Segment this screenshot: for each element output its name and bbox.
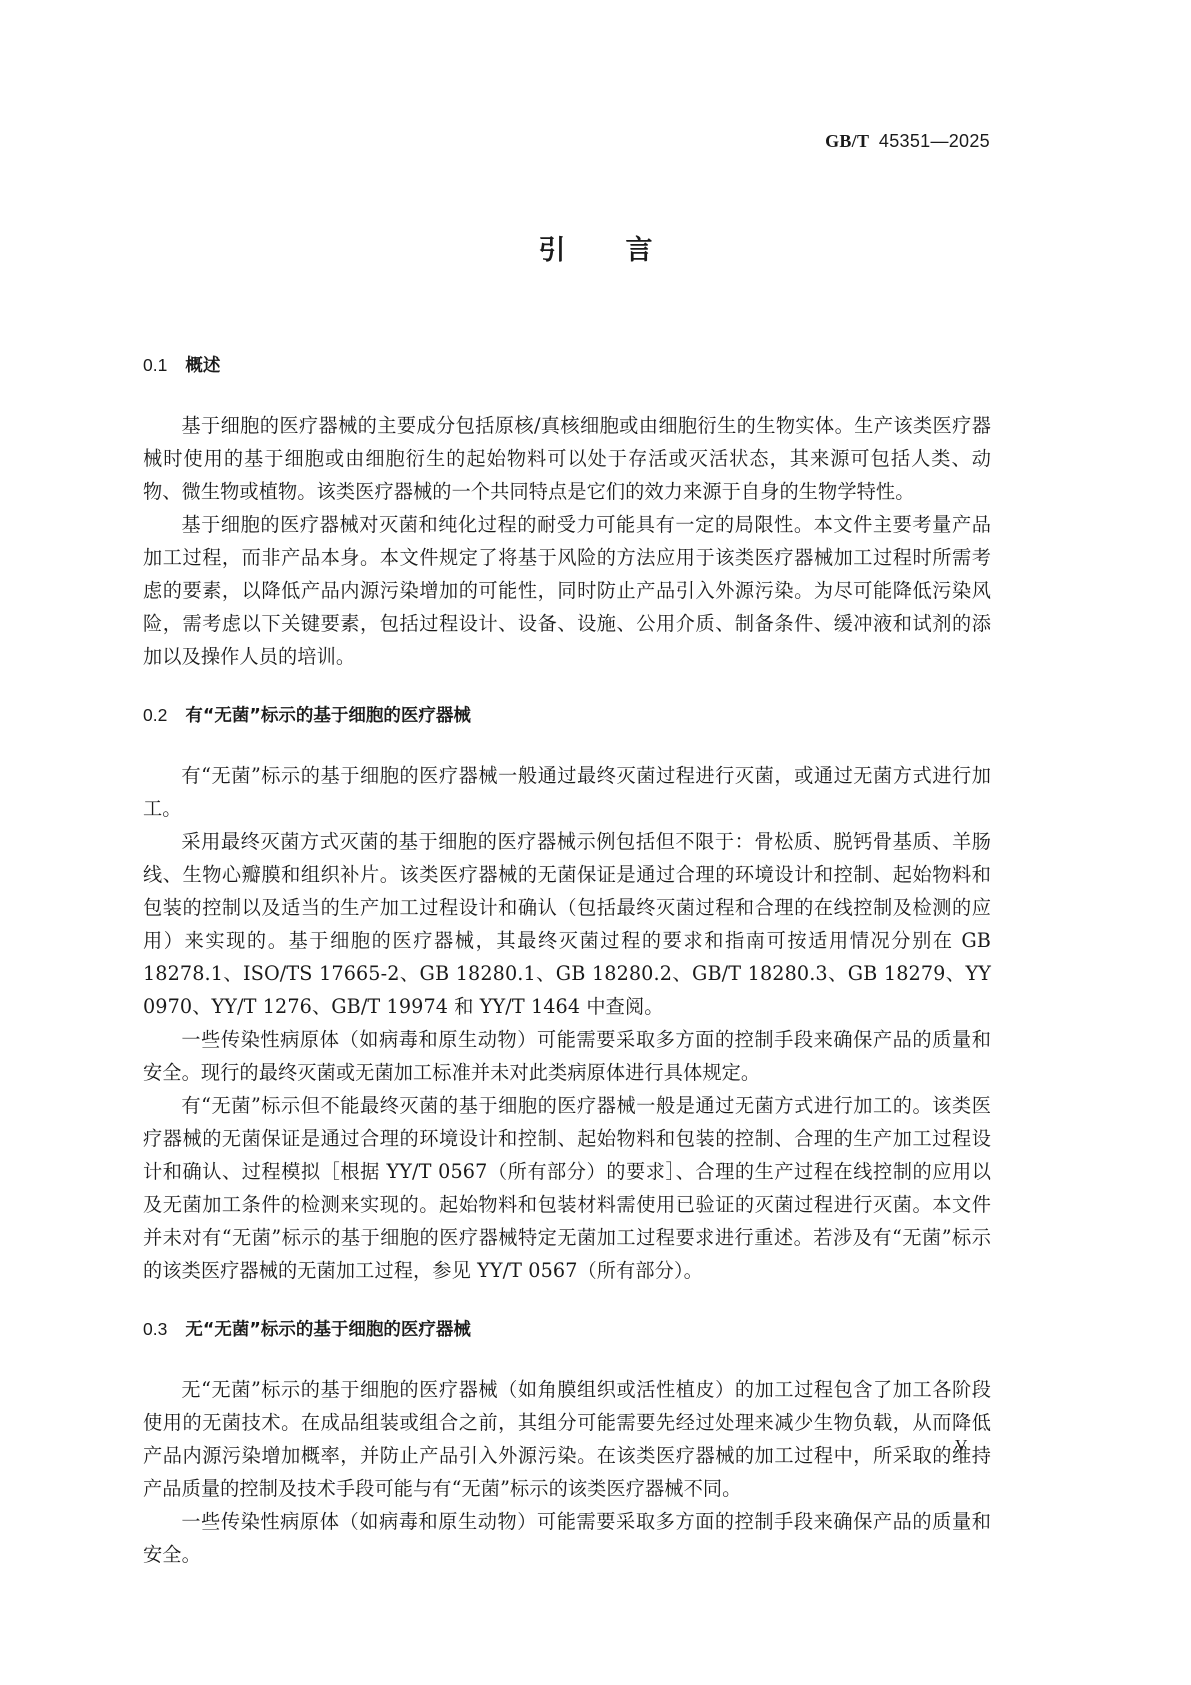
- standard-prefix: GB/T: [825, 131, 869, 151]
- paragraph: 采用最终灭菌方式灭菌的基于细胞的医疗器械示例包括但不限于：骨松质、脱钙骨基质、羊…: [143, 825, 991, 1023]
- page-title: 引言: [0, 228, 1191, 267]
- section-0-2: 0.2有“无菌”标示的基于细胞的医疗器械 有“无菌”标示的基于细胞的医疗器械一般…: [143, 702, 991, 1287]
- paragraph: 基于细胞的医疗器械的主要成分包括原核/真核细胞或由细胞衍生的生物实体。生产该类医…: [143, 409, 991, 508]
- section-number: 0.3: [143, 1319, 167, 1339]
- paragraph: 有“无菌”标示的基于细胞的医疗器械一般通过最终灭菌过程进行灭菌，或通过无菌方式进…: [143, 759, 991, 825]
- section-heading: 0.3无“无菌”标示的基于细胞的医疗器械: [143, 1316, 991, 1342]
- standard-number: 45351—2025: [879, 131, 990, 151]
- paragraph: 有“无菌”标示但不能最终灭菌的基于细胞的医疗器械一般是通过无菌方式进行加工的。该…: [143, 1089, 991, 1287]
- document-body: 0.1概述 基于细胞的医疗器械的主要成分包括原核/真核细胞或由细胞衍生的生物实体…: [143, 352, 991, 1571]
- section-title: 无“无菌”标示的基于细胞的医疗器械: [185, 1320, 471, 1340]
- section-number: 0.1: [143, 355, 167, 375]
- section-title: 有“无菌”标示的基于细胞的医疗器械: [185, 706, 471, 726]
- paragraph: 一些传染性病原体（如病毒和原生动物）可能需要采取多方面的控制手段来确保产品的质量…: [143, 1023, 991, 1089]
- standard-code: GB/T 45351—2025: [825, 131, 990, 152]
- section-0-3: 0.3无“无菌”标示的基于细胞的医疗器械 无“无菌”标示的基于细胞的医疗器械（如…: [143, 1316, 991, 1571]
- paragraph: 无“无菌”标示的基于细胞的医疗器械（如角膜组织或活性植皮）的加工过程包含了加工各…: [143, 1373, 991, 1505]
- paragraph: 一些传染性病原体（如病毒和原生动物）可能需要采取多方面的控制手段来确保产品的质量…: [143, 1505, 991, 1571]
- paragraph: 基于细胞的医疗器械对灭菌和纯化过程的耐受力可能具有一定的局限性。本文件主要考量产…: [143, 508, 991, 673]
- section-heading: 0.2有“无菌”标示的基于细胞的医疗器械: [143, 702, 991, 728]
- section-number: 0.2: [143, 705, 167, 725]
- section-heading: 0.1概述: [143, 352, 991, 378]
- section-0-1: 0.1概述 基于细胞的医疗器械的主要成分包括原核/真核细胞或由细胞衍生的生物实体…: [143, 352, 991, 673]
- page-number: V: [955, 1436, 967, 1456]
- section-title: 概述: [185, 356, 220, 376]
